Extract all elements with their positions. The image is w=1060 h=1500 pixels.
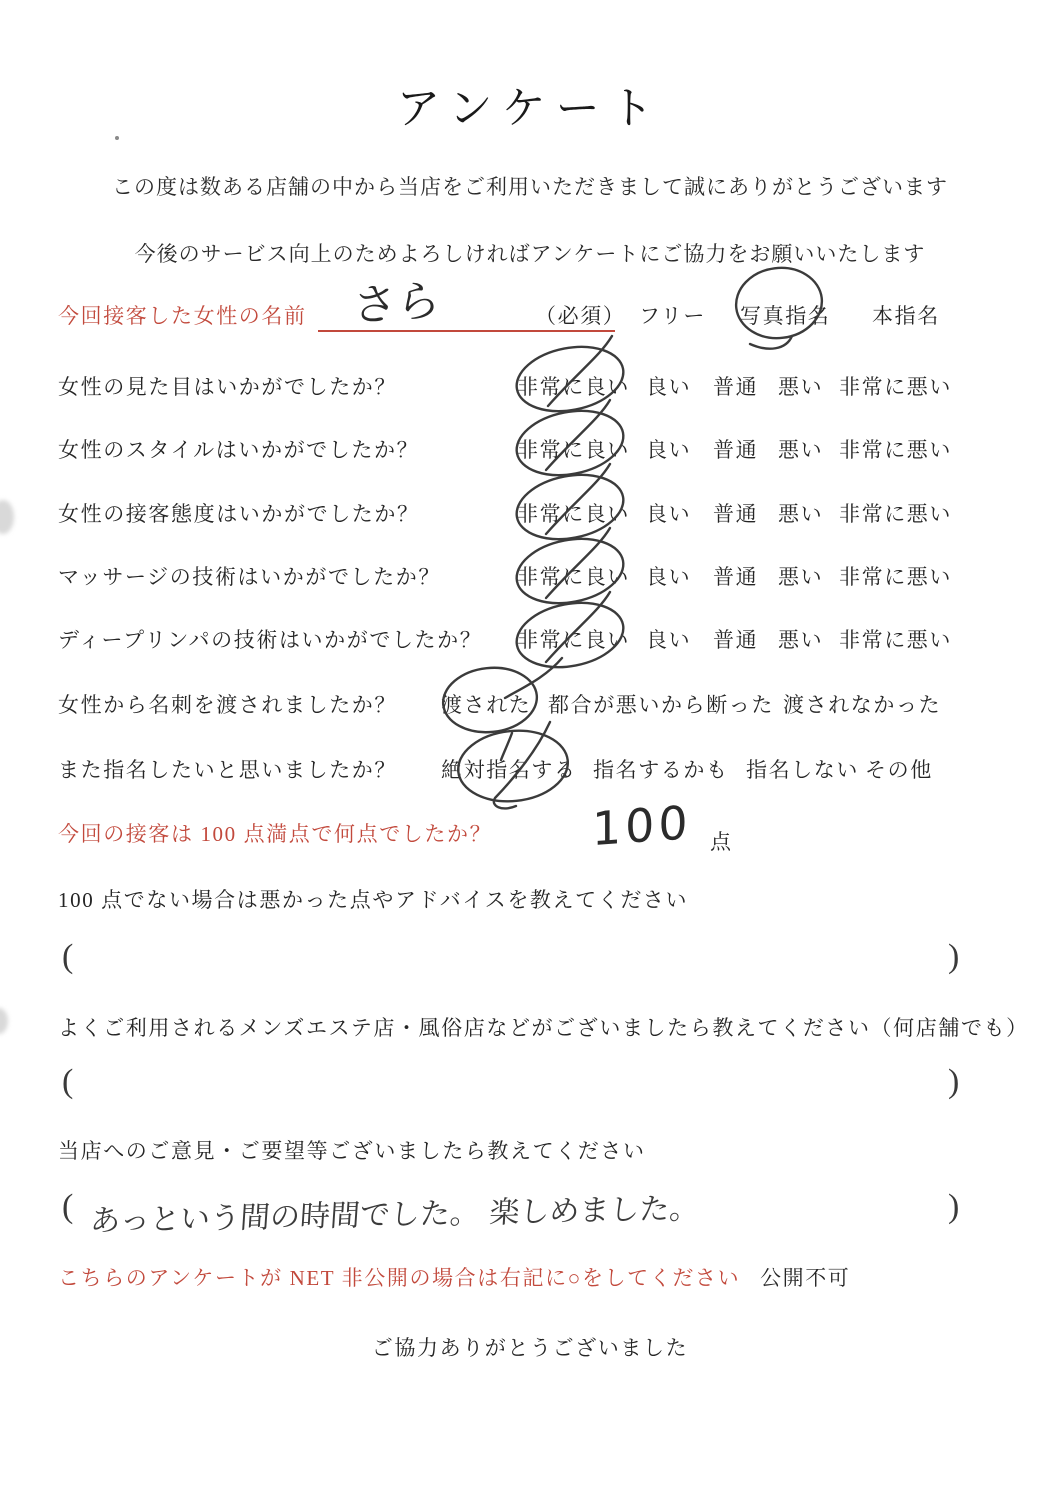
option-very-bad: 非常に悪い — [839, 624, 952, 654]
option-normal: 普通 — [713, 561, 758, 591]
option-bad: 悪い — [778, 498, 823, 528]
question-row-lymph: ディープリンパの技術はいかがでしたか？ 非常に良い 良い 普通 悪い 非常に悪い — [0, 624, 1060, 658]
paren-open: ( — [62, 938, 75, 976]
question-row-attitude: 女性の接客態度はいかがでしたか？ 非常に良い 良い 普通 悪い 非常に悪い — [0, 498, 1060, 532]
question-label: ディープリンパの技術はいかがでしたか？ — [58, 624, 482, 654]
option-good: 良い — [646, 498, 691, 528]
option-very-good: 非常に良い — [517, 434, 630, 464]
option-bad: 悪い — [778, 624, 823, 654]
question-label: 女性のスタイルはいかがでしたか？ — [58, 434, 419, 464]
score-unit: 点 — [710, 826, 733, 856]
option-good: 良い — [646, 371, 691, 401]
option-normal: 普通 — [713, 624, 758, 654]
advice-question-label: 100 点でない場合は悪かった点やアドバイスを教えてください — [58, 884, 688, 914]
question-row-looks: 女性の見た目はいかがでしたか？ 非常に良い 良い 普通 悪い 非常に悪い — [0, 371, 1060, 405]
intro-line-2: 今後のサービス向上のためよろしければアンケートにご協力をお願いいたします — [0, 238, 1060, 268]
option-other: その他 — [865, 754, 933, 784]
option-very-good: 非常に良い — [517, 498, 630, 528]
store-answer-field: ( ) — [0, 1063, 1060, 1111]
option-very-good: 非常に良い — [517, 371, 630, 401]
opinion-question-label: 当店へのご意見・ご要望等ございましたら教えてください — [58, 1135, 646, 1165]
score-row: 今回の接客は 100 点満点で何点でしたか？ 点 — [0, 818, 1060, 852]
option-very-good: 非常に良い — [517, 624, 630, 654]
paren-open: ( — [62, 1063, 75, 1101]
net-consent-row: こちらのアンケートが NET 非公開の場合は右記に○をしてください 公開不可 — [0, 1262, 1060, 1296]
option-free: フリー — [639, 300, 706, 330]
question-label: また指名したいと思いましたか？ — [58, 754, 397, 784]
scan-speck — [115, 136, 119, 140]
store-question-row: よくご利用されるメンズエステ店・風俗店などがございましたら教えてください（何店舗… — [0, 1012, 1060, 1046]
option-normal: 普通 — [713, 371, 758, 401]
paren-close: ) — [948, 1188, 961, 1226]
handwritten-score-value: 100 — [592, 795, 692, 856]
option-bad: 悪い — [778, 371, 823, 401]
scanned-questionnaire-page: アンケート この度は数ある店舗の中から当店をご利用いただきまして誠にありがとうご… — [0, 0, 1060, 1500]
question-row-repeat: また指名したいと思いましたか？ 絶対指名する 指名するかも 指名しない その他 — [0, 754, 1060, 788]
option-very-bad: 非常に悪い — [839, 371, 952, 401]
question-label: マッサージの技術はいかがでしたか？ — [58, 561, 441, 591]
page-title: アンケート — [0, 72, 1060, 136]
paren-open: ( — [62, 1188, 75, 1226]
score-question-label: 今回の接客は 100 点満点で何点でしたか？ — [58, 818, 492, 848]
question-label: 女性の接客態度はいかがでしたか？ — [58, 498, 420, 528]
option-bad: 悪い — [778, 561, 823, 591]
question-row-card: 女性から名刺を渡されましたか？ 渡された 都合が悪いから断った 渡されなかった — [0, 689, 1060, 723]
option-received: 渡された — [441, 689, 531, 719]
option-photo-shimei: 写真指名 — [740, 300, 830, 330]
option-no: 指名しない — [746, 754, 859, 784]
option-maybe: 指名するかも — [593, 754, 729, 784]
paren-close: ) — [948, 938, 961, 976]
intro-line-1: この度は数ある店舗の中から当店をご利用いただきまして誠にありがとうございます — [0, 171, 1060, 201]
option-bad: 悪い — [778, 434, 823, 464]
store-question-label: よくご利用されるメンズエステ店・風俗店などがございましたら教えてください（何店舗… — [58, 1012, 1029, 1042]
paren-close: ) — [948, 1063, 961, 1101]
question-label: 女性から名刺を渡されましたか？ — [58, 689, 397, 719]
question-row-massage: マッサージの技術はいかがでしたか？ 非常に良い 良い 普通 悪い 非常に悪い — [0, 561, 1060, 595]
advice-answer-field: ( ) — [0, 938, 1060, 986]
option-normal: 普通 — [713, 498, 758, 528]
name-field-row: 今回接客した女性の名前 （必須） フリー 写真指名 本指名 — [0, 300, 1060, 334]
required-note: （必須） — [535, 300, 625, 330]
net-consent-label: こちらのアンケートが NET 非公開の場合は右記に○をしてください — [58, 1262, 740, 1292]
opinion-question-row: 当店へのご意見・ご要望等ございましたら教えてください — [0, 1135, 1060, 1169]
net-consent-option: 公開不可 — [760, 1262, 850, 1292]
option-good: 良い — [646, 624, 691, 654]
question-row-style: 女性のスタイルはいかがでしたか？ 非常に良い 良い 普通 悪い 非常に悪い — [0, 434, 1060, 468]
advice-question-row: 100 点でない場合は悪かった点やアドバイスを教えてください — [0, 884, 1060, 918]
option-declined: 都合が悪いから断った — [548, 689, 774, 719]
name-field-label: 今回接客した女性の名前 — [58, 300, 307, 330]
option-very-bad: 非常に悪い — [839, 498, 952, 528]
option-definitely: 絶対指名する — [441, 754, 577, 784]
handwritten-name-value: さら — [352, 264, 442, 334]
option-very-bad: 非常に悪い — [839, 561, 952, 591]
option-good: 良い — [646, 561, 691, 591]
closing-thanks: ご協力ありがとうございました — [0, 1332, 1060, 1362]
option-very-good: 非常に良い — [517, 561, 630, 591]
option-good: 良い — [646, 434, 691, 464]
option-hon-shimei: 本指名 — [872, 300, 940, 330]
option-very-bad: 非常に悪い — [839, 434, 952, 464]
option-not-received: 渡されなかった — [783, 689, 941, 719]
question-label: 女性の見た目はいかがでしたか？ — [58, 371, 397, 401]
option-normal: 普通 — [713, 434, 758, 464]
